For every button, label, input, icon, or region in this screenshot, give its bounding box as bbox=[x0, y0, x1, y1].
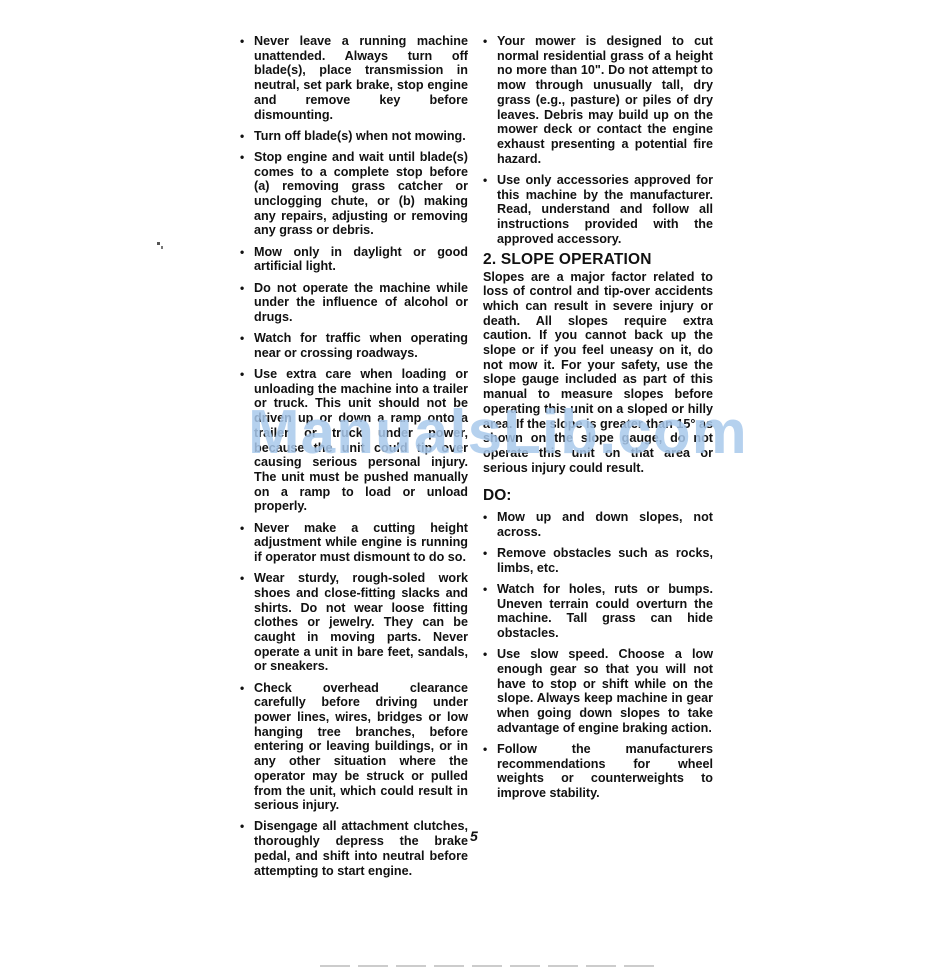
section-heading: 2. SLOPE OPERATION bbox=[483, 253, 713, 268]
list-item: Stop engine and wait until blade(s) come… bbox=[240, 150, 468, 238]
page-number: 5 bbox=[470, 828, 478, 844]
list-item: Do not operate the machine while under t… bbox=[240, 281, 468, 325]
list-item: Use only accessories approved for this m… bbox=[483, 173, 713, 247]
safety-rules-list-continued: Your mower is designed to cut normal res… bbox=[483, 34, 713, 246]
list-item: Never leave a running machine unattended… bbox=[240, 34, 468, 122]
list-item: Mow up and down slopes, not across. bbox=[483, 510, 713, 539]
list-item: Your mower is designed to cut normal res… bbox=[483, 34, 713, 166]
right-column: Your mower is designed to cut normal res… bbox=[483, 34, 713, 807]
do-heading: DO: bbox=[483, 489, 713, 504]
scan-footer-artifact bbox=[320, 965, 660, 967]
do-list: Mow up and down slopes, not across. Remo… bbox=[483, 510, 713, 801]
list-item: Never make a cutting height adjustment w… bbox=[240, 521, 468, 565]
scan-artifact bbox=[161, 246, 163, 249]
section-paragraph: Slopes are a major factor related to los… bbox=[483, 270, 713, 476]
list-item: Mow only in daylight or good artificial … bbox=[240, 245, 468, 274]
list-item: Watch for holes, ruts or bumps. Uneven t… bbox=[483, 582, 713, 641]
safety-rules-list: Never leave a running machine unattended… bbox=[240, 34, 468, 878]
list-item: Follow the manufacturers recommendations… bbox=[483, 742, 713, 801]
list-item: Wear sturdy, rough-soled work shoes and … bbox=[240, 571, 468, 674]
list-item: Use slow speed. Choose a low enough gear… bbox=[483, 647, 713, 735]
list-item: Check overhead clearance carefully befor… bbox=[240, 681, 468, 813]
scan-artifact bbox=[157, 242, 160, 245]
list-item: Disengage all attachment clutches, thoro… bbox=[240, 819, 468, 878]
left-column: Never leave a running machine unattended… bbox=[240, 34, 468, 885]
list-item: Use extra care when loading or unloading… bbox=[240, 367, 468, 514]
list-item: Turn off blade(s) when not mowing. bbox=[240, 129, 468, 144]
list-item: Watch for traffic when operating near or… bbox=[240, 331, 468, 360]
list-item: Remove obstacles such as rocks, limbs, e… bbox=[483, 546, 713, 575]
